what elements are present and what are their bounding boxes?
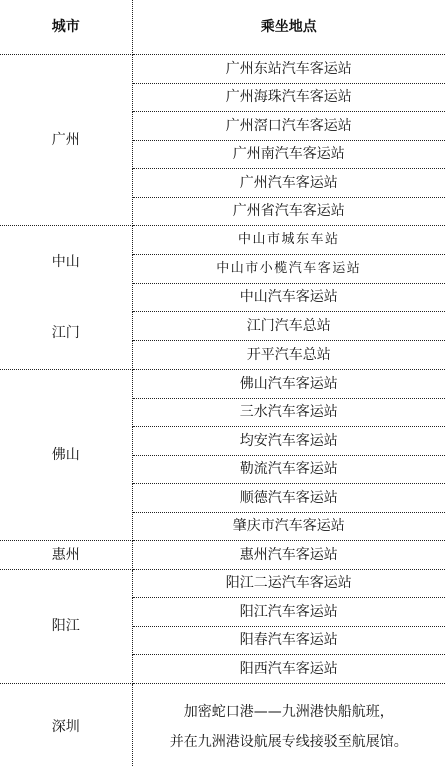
- location-cell: 中山汽车客运站: [132, 283, 445, 312]
- location-cell: 均安汽车客运站: [132, 427, 445, 456]
- city-cell-yangjiang: 阳江: [0, 569, 132, 683]
- table-row: 广州 广州东站汽车客运站: [0, 55, 445, 84]
- note-line: 加密蛇口港——九洲港快船航班，: [133, 704, 445, 720]
- city-cell-guangzhou: 广州: [0, 55, 132, 226]
- table-row: 惠州 惠州汽车客运站: [0, 541, 445, 570]
- location-cell: 肇庆市汽车客运站: [132, 512, 445, 541]
- city-cell-shenzhen: 深圳: [0, 683, 132, 767]
- location-cell: 开平汽车总站: [132, 341, 445, 370]
- location-cell: 佛山汽车客运站: [132, 370, 445, 399]
- table-row: 佛山 佛山汽车客运站: [0, 370, 445, 399]
- location-cell: 阳西汽车客运站: [132, 655, 445, 684]
- table-row: 中山 江门 中山市城东车站: [0, 226, 445, 255]
- note-line: 并在九洲港设航展专线接驳至航展馆。: [133, 734, 445, 750]
- location-cell: 广州海珠汽车客运站: [132, 83, 445, 112]
- location-cell: 广州省汽车客运站: [132, 197, 445, 226]
- location-cell: 广州南汽车客运站: [132, 140, 445, 169]
- location-cell: 勒流汽车客运站: [132, 455, 445, 484]
- table-row: 阳江 阳江二运汽车客运站: [0, 569, 445, 598]
- location-cell: 广州滘口汽车客运站: [132, 112, 445, 141]
- location-column-header: 乘坐地点: [132, 0, 445, 55]
- location-cell: 广州东站汽车客运站: [132, 55, 445, 84]
- location-cell: 中山市小榄汽车客运站: [132, 254, 445, 283]
- city-cell-zhongshan-jiangmen: 中山 江门: [0, 226, 132, 370]
- location-cell: 江门汽车总站: [132, 312, 445, 341]
- city-label-zhongshan: 中山: [0, 254, 132, 270]
- city-label-jiangmen: 江门: [0, 325, 132, 341]
- location-cell: 中山市城东车站: [132, 226, 445, 255]
- location-cell: 阳江汽车客运站: [132, 598, 445, 627]
- location-cell: 阳春汽车客运站: [132, 626, 445, 655]
- header-row: 城市 乘坐地点: [0, 0, 445, 55]
- shenzhen-note-cell: 加密蛇口港——九洲港快船航班， 并在九洲港设航展专线接驳至航展馆。: [132, 683, 445, 767]
- city-cell-foshan: 佛山: [0, 370, 132, 541]
- location-cell: 三水汽车客运站: [132, 398, 445, 427]
- location-cell: 顺德汽车客运站: [132, 484, 445, 513]
- location-cell: 惠州汽车客运站: [132, 541, 445, 570]
- table-row: 深圳 加密蛇口港——九洲港快船航班， 并在九洲港设航展专线接驳至航展馆。: [0, 683, 445, 767]
- location-cell: 阳江二运汽车客运站: [132, 569, 445, 598]
- boarding-locations-table: 城市 乘坐地点 广州 广州东站汽车客运站 广州海珠汽车客运站 广州滘口汽车客运站…: [0, 0, 445, 767]
- city-column-header: 城市: [0, 0, 132, 55]
- location-cell: 广州汽车客运站: [132, 169, 445, 198]
- city-cell-huizhou: 惠州: [0, 541, 132, 570]
